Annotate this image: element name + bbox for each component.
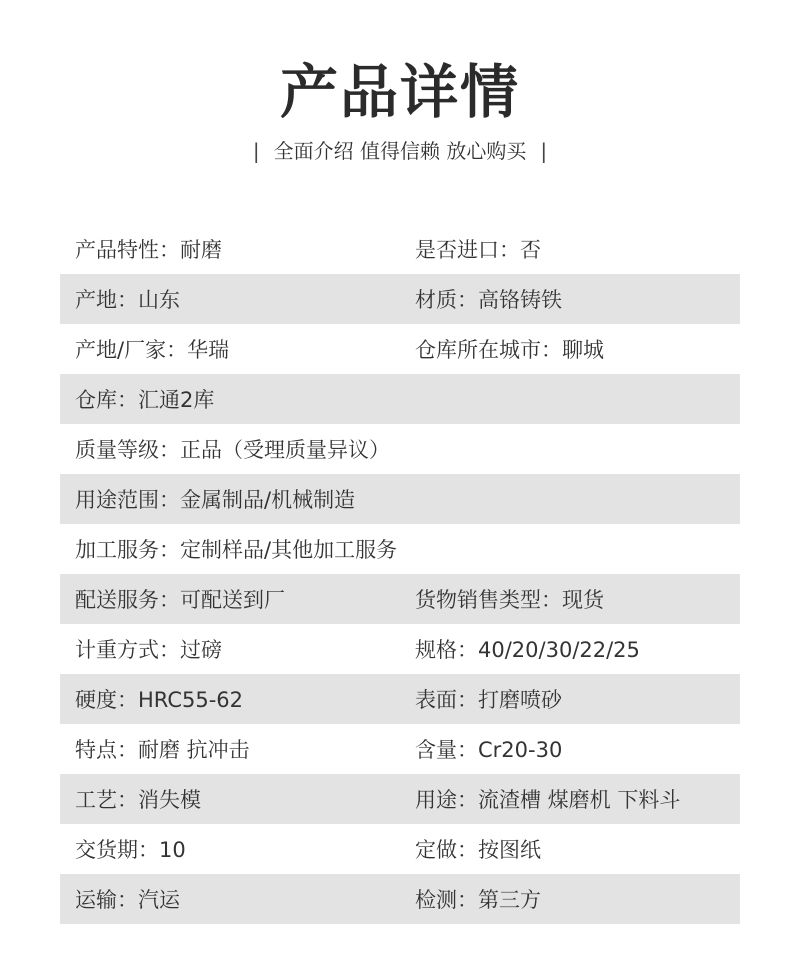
spec-row: 产地：山东 材质：高铬铸铁 — [60, 274, 740, 324]
spec-cell-right: 货物销售类型：现货 — [400, 584, 740, 614]
spec-row: 特点：耐磨 抗冲击 含量：Cr20-30 — [60, 724, 740, 774]
spec-cell-left: 硬度：HRC55-62 — [60, 684, 400, 714]
spec-cell-right: 规格：40/20/30/22/25 — [400, 634, 740, 664]
spec-cell-left: 特点：耐磨 抗冲击 — [60, 734, 400, 764]
product-spec-table: 产品特性：耐磨 是否进口：否 产地：山东 材质：高铬铸铁 产地/厂家：华瑞 仓库… — [60, 224, 740, 924]
spec-cell-left: 质量等级：正品（受理质量异议） — [60, 434, 400, 464]
spec-cell-left: 产地：山东 — [60, 284, 400, 314]
spec-cell-left: 用途范围：金属制品/机械制造 — [60, 484, 400, 514]
spec-row: 产品特性：耐磨 是否进口：否 — [60, 224, 740, 274]
spec-row: 用途范围：金属制品/机械制造 — [60, 474, 740, 524]
page-subtitle: |全面介绍 值得信赖 放心购买| — [0, 136, 800, 166]
spec-row: 质量等级：正品（受理质量异议） — [60, 424, 740, 474]
spec-row: 加工服务：定制样品/其他加工服务 — [60, 524, 740, 574]
spec-cell-right: 是否进口：否 — [400, 234, 740, 264]
spec-row: 运输：汽运 检测：第三方 — [60, 874, 740, 924]
spec-cell-left: 计重方式：过磅 — [60, 634, 400, 664]
spec-cell-right: 材质：高铬铸铁 — [400, 284, 740, 314]
spec-row: 工艺：消失模 用途：流渣槽 煤磨机 下料斗 — [60, 774, 740, 824]
spec-cell-left: 配送服务：可配送到厂 — [60, 584, 400, 614]
spec-cell-left: 产地/厂家：华瑞 — [60, 334, 400, 364]
spec-cell-right: 定做：按图纸 — [400, 834, 740, 864]
subtitle-text: 全面介绍 值得信赖 放心购买 — [274, 139, 527, 163]
spec-cell-left: 加工服务：定制样品/其他加工服务 — [60, 534, 400, 564]
spec-row: 产地/厂家：华瑞 仓库所在城市：聊城 — [60, 324, 740, 374]
spec-cell-right: 含量：Cr20-30 — [400, 734, 740, 764]
spec-row: 交货期：10 定做：按图纸 — [60, 824, 740, 874]
spec-row: 硬度：HRC55-62 表面：打磨喷砂 — [60, 674, 740, 724]
spec-cell-left: 仓库：汇通2库 — [60, 384, 400, 414]
subtitle-divider-left: | — [253, 136, 260, 166]
spec-cell-right: 仓库所在城市：聊城 — [400, 334, 740, 364]
spec-row: 仓库：汇通2库 — [60, 374, 740, 424]
spec-cell-left: 工艺：消失模 — [60, 784, 400, 814]
spec-cell-left: 运输：汽运 — [60, 884, 400, 914]
subtitle-divider-right: | — [540, 136, 547, 166]
spec-cell-left: 产品特性：耐磨 — [60, 234, 400, 264]
spec-row: 计重方式：过磅 规格：40/20/30/22/25 — [60, 624, 740, 674]
spec-cell-right: 表面：打磨喷砂 — [400, 684, 740, 714]
page-title: 产品详情 — [0, 52, 800, 132]
spec-cell-right: 用途：流渣槽 煤磨机 下料斗 — [400, 784, 740, 814]
spec-cell-left: 交货期：10 — [60, 834, 400, 864]
spec-cell-right: 检测：第三方 — [400, 884, 740, 914]
spec-row: 配送服务：可配送到厂 货物销售类型：现货 — [60, 574, 740, 624]
